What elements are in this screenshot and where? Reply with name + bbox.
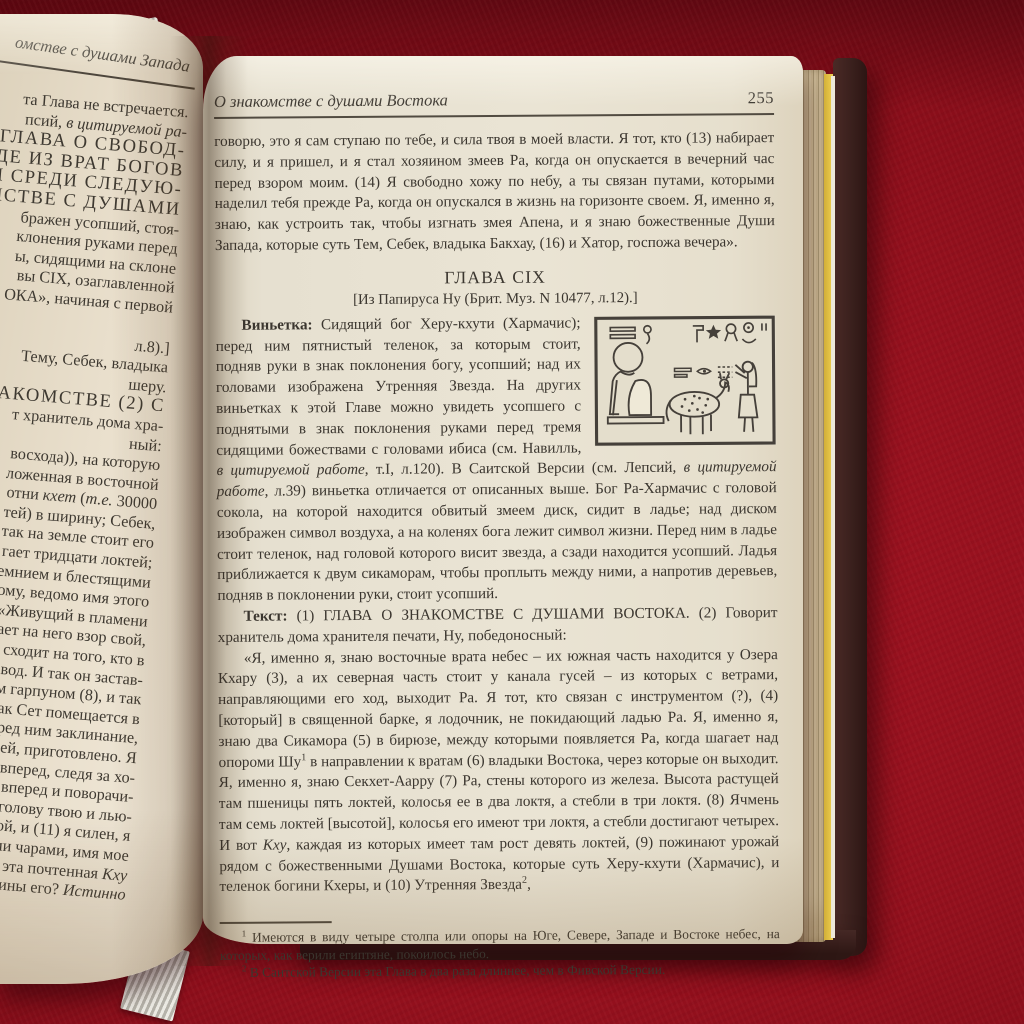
footnote-1: 1 Имеются в виду четыре столпа или опоры… xyxy=(220,925,780,964)
footnote-2: 2 В Саитской Версии эта Глава в два раза… xyxy=(220,960,780,982)
chapter-title: ГЛАВА CIX xyxy=(215,265,775,290)
right-page: О знакомстве с душами Востока 255 говорю… xyxy=(203,56,803,944)
egyptian-vignette-drawing xyxy=(593,315,776,446)
right-page-text-block: О знакомстве с душами Востока 255 говорю… xyxy=(214,88,780,982)
right-page-running-header: О знакомстве с душами Востока 255 xyxy=(214,88,774,119)
left-page-lines: та Глава не встречается.псий, в цитируем… xyxy=(0,84,195,906)
chapter-source: [Из Папируса Ну (Брит. Муз. N 10477, л.1… xyxy=(215,289,775,310)
left-page-running-header: омстве с душами Запада xyxy=(0,23,199,90)
quote-paragraph: «Я, именно я, знаю восточные врата небес… xyxy=(218,645,780,898)
page-number: 255 xyxy=(748,88,774,108)
text-lead-paragraph: Текст: (1) ГЛАВА О ЗНАКОМСТВЕ С ДУШАМИ В… xyxy=(217,603,777,649)
footnotes-block: 1 Имеются в виду четыре столпа или опоры… xyxy=(220,918,780,982)
egyptian-vignette-image xyxy=(593,315,776,446)
running-header-title: О знакомстве с душами Востока xyxy=(214,90,448,112)
left-page: омстве с душами Запада та Глава не встре… xyxy=(0,14,203,984)
left-page-line: ный: xyxy=(128,434,162,456)
page-edge-white-band xyxy=(831,76,835,938)
red-velvet-background: омстве с душами Запада та Глава не встре… xyxy=(0,0,1024,1024)
left-page-text-block: омстве с душами Запада та Глава не встре… xyxy=(0,38,199,906)
paragraph-continuation: говорю, это я сам ступаю по тебе, и сила… xyxy=(214,128,775,257)
footnote-separator-rule xyxy=(220,921,332,924)
vignette-paragraph: Виньетка: Сидящий бог Херу-кхути (Хармач… xyxy=(215,312,777,607)
left-page-line xyxy=(170,318,172,339)
book-cover-right-edge xyxy=(833,58,867,956)
